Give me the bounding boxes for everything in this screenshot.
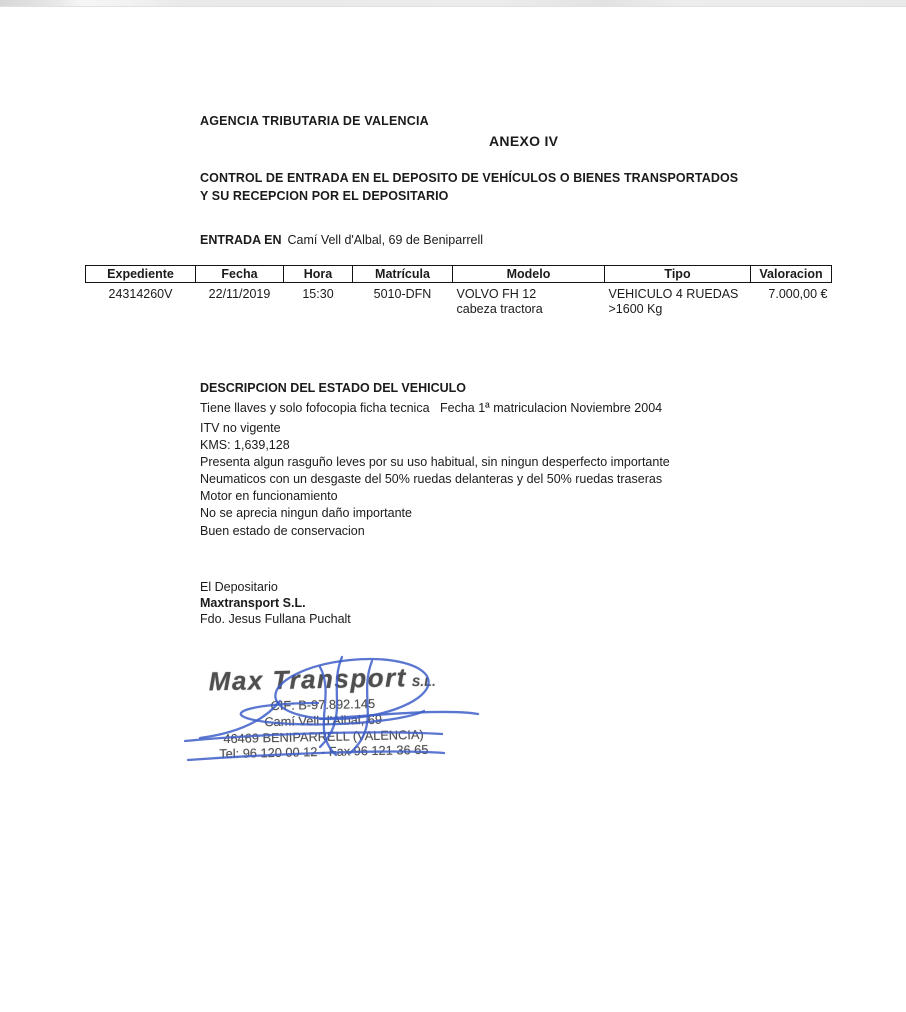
entry-location-label: ENTRADA EN [200,233,281,247]
scanned-document-page: AGENCIA TRIBUTARIA DE VALENCIA ANEXO IV … [0,0,906,1012]
col-header-expediente: Expediente [86,266,196,283]
description-line: Neumaticos con un desgaste del 50% rueda… [200,471,670,488]
depositary-company: Maxtransport S.L. [200,595,351,611]
description-line: KMS: 1,639,128 [200,437,670,454]
cell-modelo-line1: VOLVO FH 12 [457,287,601,302]
document-title-line2: Y SU RECEPCION POR EL DEPOSITARIO [200,187,738,205]
cell-expediente: 24314260V [86,283,196,317]
stamp-suffix-text: S.L. [412,675,436,689]
depositary-signer: Fdo. Jesus Fullana Puchalt [200,611,351,627]
company-stamp: Max TransportS.L. CIF: B-97.892.145 Camí… [196,661,450,762]
col-header-valoracion: Valoracion [751,266,832,283]
description-line: Motor en funcionamiento [200,488,670,505]
stamp-name-text: Max Transport [208,662,407,696]
stamp-company-name: Max TransportS.L. [196,661,449,697]
document-title-line1: CONTROL DE ENTRADA EN EL DEPOSITO DE VEH… [200,169,738,187]
document-title: CONTROL DE ENTRADA EN EL DEPOSITO DE VEH… [200,169,738,205]
col-header-tipo: Tipo [605,266,751,283]
vehicle-entry-table: Expediente Fecha Hora Matrícula Modelo T… [85,265,832,316]
stamp-details: CIF: B-97.892.145 Camí Vell d'Albal, 69 … [197,694,450,762]
first-registration-date: Fecha 1ª matriculacion Noviembre 2004 [440,401,662,415]
description-line: Presenta algun rasguño leves por su uso … [200,454,670,471]
table-row: 24314260V 22/11/2019 15:30 5010-DFN VOLV… [86,283,832,317]
description-keys-note: Tiene llaves y solo fofocopia ficha tecn… [200,401,430,415]
scan-artifact-top-edge [0,0,906,7]
table-header-row: Expediente Fecha Hora Matrícula Modelo T… [86,266,832,283]
description-heading: DESCRIPCION DEL ESTADO DEL VEHICULO [200,381,466,395]
cell-matricula: 5010-DFN [353,283,453,317]
description-line: ITV no vigente [200,420,670,437]
cell-tipo-line1: VEHICULO 4 RUEDAS [609,287,747,302]
depositary-label: El Depositario [200,579,351,595]
annex-title: ANEXO IV [489,133,558,149]
cell-modelo-line2: cabeza tractora [457,302,601,317]
depositary-block: El Depositario Maxtransport S.L. Fdo. Je… [200,579,351,628]
description-line: Buen estado de conservacion [200,523,670,540]
col-header-hora: Hora [284,266,353,283]
cell-modelo: VOLVO FH 12 cabeza tractora [453,283,605,317]
col-header-matricula: Matrícula [353,266,453,283]
cell-fecha: 22/11/2019 [196,283,284,317]
entry-location-line: ENTRADA ENCamí Vell d'Albal, 69 de Benip… [200,233,483,247]
description-lines: ITV no vigente KMS: 1,639,128 Presenta a… [200,420,670,540]
agency-name: AGENCIA TRIBUTARIA DE VALENCIA [200,114,429,128]
description-line: No se aprecia ningun daño importante [200,505,670,522]
col-header-modelo: Modelo [453,266,605,283]
col-header-fecha: Fecha [196,266,284,283]
cell-tipo: VEHICULO 4 RUEDAS >1600 Kg [605,283,751,317]
cell-tipo-line2: >1600 Kg [609,302,747,317]
cell-hora: 15:30 [284,283,353,317]
entry-location-value: Camí Vell d'Albal, 69 de Beniparrell [287,233,483,247]
cell-valoracion: 7.000,00 € [751,283,832,317]
